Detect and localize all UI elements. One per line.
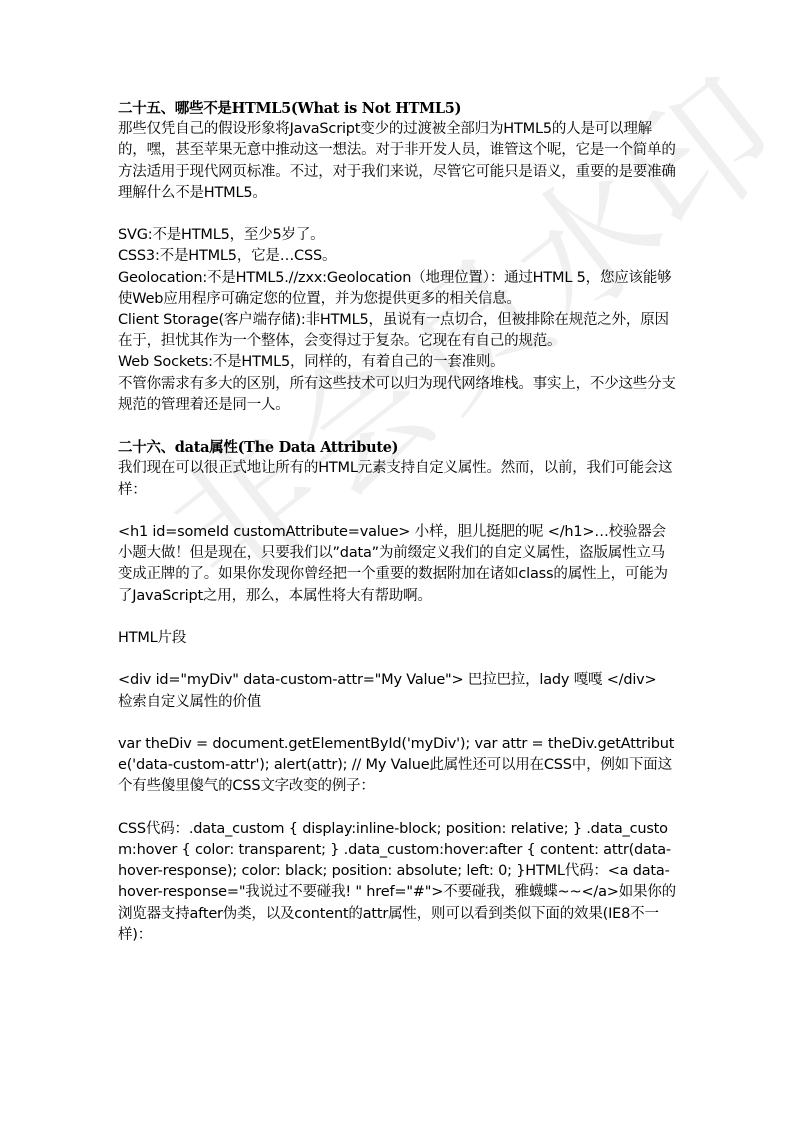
js-code-paragraph: var theDiv = document.getElementById('my… <box>118 734 678 798</box>
spacer <box>118 713 678 734</box>
item-svg: SVG:不是HTML5，至少5岁了。 <box>118 225 678 246</box>
css-code-paragraph: CSS代码：.data_custom { display:inline-bloc… <box>118 819 678 946</box>
section-25-summary: 不管你需求有多大的区别，所有这些技术可以归为现代网络堆栈。事实上，不少这些分支规… <box>118 374 678 416</box>
spacer <box>118 607 678 628</box>
section-25-intro: 那些仅凭自己的假设形象将JavaScript变少的过渡被全部归为HTML5的人是… <box>118 119 678 204</box>
item-css3: CSS3:不是HTML5，它是…CSS。 <box>118 246 678 267</box>
item-client-storage: Client Storage(客户端存储):非HTML5，虽说有一点切合，但被排… <box>118 310 678 352</box>
retrieve-label: 检索自定义属性的价值 <box>118 692 678 713</box>
html-snippet-label: HTML片段 <box>118 628 678 649</box>
example-old-attribute: <h1 id=someId customAttribute=value> 小样，… <box>118 522 678 607</box>
section-26-intro: 我们现在可以很正式地让所有的HTML元素支持自定义属性。然而，以前，我们可能会这… <box>118 458 678 500</box>
spacer <box>118 416 678 437</box>
html-snippet: <div id="myDiv" data-custom-attr="My Val… <box>118 670 678 691</box>
spacer <box>118 501 678 522</box>
document-page: 二十五、哪些不是HTML5(What is Not HTML5) 那些仅凭自己的… <box>118 98 678 946</box>
section-26-heading: 二十六、data属性(The Data Attribute) <box>118 437 678 458</box>
item-web-sockets: Web Sockets:不是HTML5，同样的，有着自己的一套准则。 <box>118 352 678 373</box>
spacer <box>118 204 678 225</box>
item-geolocation: Geolocation:不是HTML5.//zxx:Geolocation（地理… <box>118 268 678 310</box>
spacer <box>118 798 678 819</box>
section-25-heading: 二十五、哪些不是HTML5(What is Not HTML5) <box>118 98 678 119</box>
spacer <box>118 649 678 670</box>
